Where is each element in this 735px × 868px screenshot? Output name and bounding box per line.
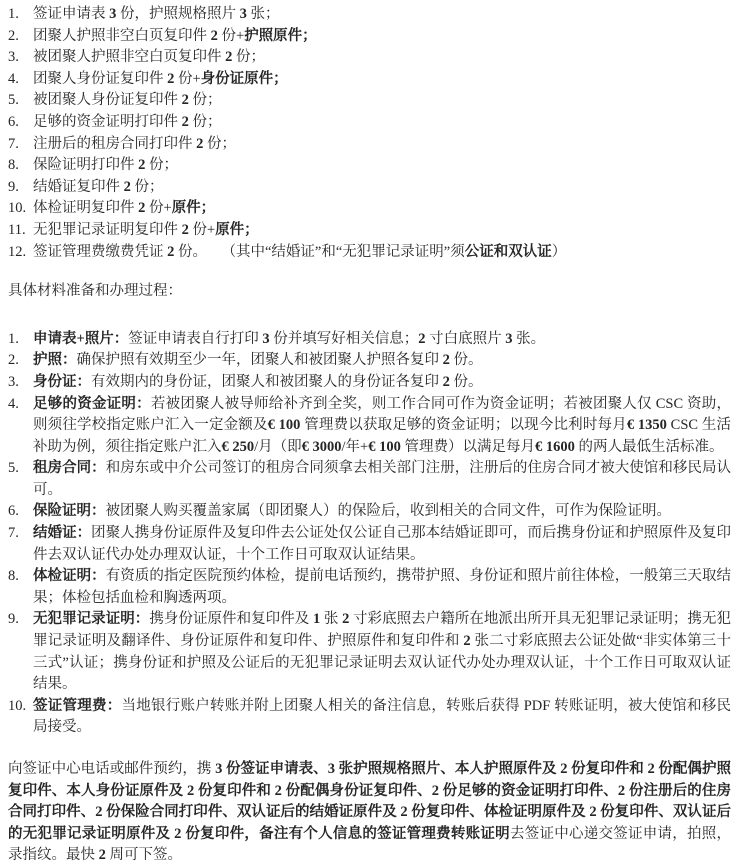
list-item-text: 体检证明：有资质的指定医院预约体检，提前电话预约，携带护照、身份证和照片前往体检… [33,566,731,609]
text-run: ） [552,244,567,260]
process-list: 1.申请表+照片：签证申请表自行打印 3 份并填写好相关信息；2 寸白底照片 3… [6,329,731,739]
list-item-text: 被团聚人护照非空白页复印件 2 份； [33,47,731,69]
list-item-number: 3. [6,372,33,394]
list-item-number: 2. [6,350,33,372]
text-run: 签证管理费缴费凭证 [33,244,167,260]
text-run: 团聚人护照非空白页复印件 [33,28,211,44]
text-run: 份。 [450,352,483,368]
list-item-text: 结婚证：团聚人携身份证原件及复印件去公证处仅公证自己那本结婚证即可，而后携身份证… [33,523,731,566]
list-item-text: 团聚人护照非空白页复印件 2 份+护照原件； [33,26,731,48]
list-item-number: 6. [6,501,33,523]
text-run: 签证申请表 [33,6,109,22]
bold-text-run: 2 [443,352,450,368]
list-item-text: 保险证明打印件 2 份； [33,155,731,177]
text-run: 携身份证原件和复印件及 [149,611,313,627]
list-item: 2.护照：确保护照有效期至少一年，团聚人和被团聚人护照各复印 2 份。 [6,350,731,372]
list-item-text: 身份证：有效期内的身份证，团聚人和被团聚人的身份证各复印 2 份。 [33,372,731,394]
bold-text-run: 租房合同： [33,460,106,476]
text-run: /月（即 [254,439,302,455]
materials-list: 1.签证申请表 3 份，护照规格照片 3 张；2.团聚人护照非空白页复印件 2 … [6,4,731,263]
list-item-number: 12. [6,242,33,264]
list-item-text: 护照：确保护照有效期至少一年，团聚人和被团聚人护照各复印 2 份。 [33,350,731,372]
text-run: 向签证中心电话或邮件预约，携 [8,761,215,777]
list-item-text: 保险证明：被团聚人购买覆盖家属（即团聚人）的保险后，收到相关的合同文件，可作为保… [33,501,731,523]
list-item: 5.租房合同：和房东或中介公司签订的租房合同须拿去相关部门注册，注册后的住房合同… [6,458,731,501]
text-run: /年+ [342,439,369,455]
list-item: 10.体检证明复印件 2 份+原件； [6,198,731,220]
list-item-text: 申请表+照片：签证申请表自行打印 3 份并填写好相关信息；2 寸白底照片 3 张… [33,329,731,351]
list-item-number: 8. [6,566,33,588]
text-run: 的两人最低生活标准。 [575,439,724,455]
text-run: 足够的资金证明打印件 [33,114,182,130]
list-item-number: 7. [6,134,33,156]
text-run: 周可下签。 [106,847,182,863]
list-item-number: 9. [6,609,33,631]
list-item: 3.身份证：有效期内的身份证，团聚人和被团聚人的身份证各复印 2 份。 [6,372,731,394]
text-run: 管理费以获取足够的资金证明；以现今比利时每月 [300,417,626,433]
bold-text-run: 2 [124,179,131,195]
bold-text-run: 无犯罪记录证明： [33,611,149,627]
text-run: 张； [247,6,280,22]
text-run: 管理费）以满足每月 [401,439,535,455]
list-item-number: 1. [6,329,33,351]
list-item-number: 5. [6,90,33,112]
list-item: 4.足够的资金证明：若被团聚人被导师给补齐到全奖，则工作合同可作为资金证明；若被… [6,394,731,459]
list-item: 11.无犯罪记录证明复印件 2 份+原件； [6,220,731,242]
list-item-number: 4. [6,394,33,416]
list-item: 6.足够的资金证明打印件 2 份； [6,112,731,134]
text-run: 有资质的指定医院预约体检，提前电话预约，携带护照、身份证和照片前往体检，一般第三… [33,568,731,606]
list-item-text: 签证管理费缴费凭证 2 份。 （其中“结婚证”和“无犯罪记录证明”须公证和双认证… [33,242,731,264]
text-run: 份； [189,114,222,130]
bold-text-run: 体检证明： [33,568,106,584]
text-run: 份。 [450,374,483,390]
document-page: 1.签证申请表 3 份，护照规格照片 3 张；2.团聚人护照非空白页复印件 2 … [0,0,735,867]
list-item-text: 注册后的租房合同打印件 2 份； [33,134,731,156]
bold-text-run: 护照原件； [244,28,317,44]
text-run: 份，护照规格照片 [116,6,239,22]
bold-text-run: 原件； [172,200,216,216]
bold-text-run: € 3000 [302,439,342,455]
list-item: 1.签证申请表 3 份，护照规格照片 3 张； [6,4,731,26]
list-item-number: 10. [6,198,33,220]
list-item-text: 租房合同：和房东或中介公司签订的租房合同须拿去相关部门注册，注册后的住房合同才被… [33,458,731,501]
bold-text-run: 2 [182,92,189,108]
list-item-number: 3. [6,47,33,69]
text-run: 份； [189,92,222,108]
list-item-number: 5. [6,458,33,480]
text-run: 被团聚人购买覆盖家属（即团聚人）的保险后，收到相关的合同文件，可作为保险证明。 [106,503,672,519]
list-item: 9.无犯罪记录证明：携身份证原件和复印件及 1 张 2 寸彩底照去户籍所在地派出… [6,609,731,695]
list-item: 4.团聚人身份证复印件 2 份+身份证原件； [6,69,731,91]
text-run: 体检证明复印件 [33,200,138,216]
text-run: 有效期内的身份证，团聚人和被团聚人的身份证各复印 [91,374,443,390]
list-item: 7.注册后的租房合同打印件 2 份； [6,134,731,156]
bold-text-run: € 100 [268,417,301,433]
text-run: 张 [320,611,342,627]
list-item-text: 体检证明复印件 2 份+原件； [33,198,731,220]
bold-text-run: 结婚证： [33,525,91,541]
text-run: 份+ [218,28,244,44]
text-run: 份； [203,136,236,152]
bold-text-run: 护照： [33,352,77,368]
list-item-text: 无犯罪记录证明复印件 2 份+原件； [33,220,731,242]
closing-paragraph: 向签证中心电话或邮件预约，携 3 份签证申请表、3 张护照规格照片、本人护照原件… [6,759,731,867]
bold-text-run: 原件； [215,222,259,238]
text-run: 被团聚人身份证复印件 [33,92,182,108]
bold-text-run: € 250 [222,439,255,455]
list-item-text: 无犯罪记录证明：携身份证原件和复印件及 1 张 2 寸彩底照去户籍所在地派出所开… [33,609,731,695]
list-item-number: 8. [6,155,33,177]
bold-text-run: 2 [211,28,218,44]
text-run: 份+ [145,200,171,216]
text-run: 团聚人携身份证原件及复印件去公证处仅公证自己那本结婚证即可，而后携身份证和护照原… [33,525,731,563]
bold-text-run: 公证和双认证 [465,244,552,260]
list-item-text: 签证管理费：当地银行账户转账并附上团聚人相关的备注信息，转账后获得 PDF 转账… [33,696,731,739]
text-run: 被团聚人护照非空白页复印件 [33,49,225,65]
bold-text-run: € 1600 [535,439,575,455]
list-item-number: 10. [6,696,33,718]
text-run: 份+ [189,222,215,238]
list-item-number: 6. [6,112,33,134]
list-item-text: 签证申请表 3 份，护照规格照片 3 张； [33,4,731,26]
list-item-text: 被团聚人身份证复印件 2 份； [33,90,731,112]
list-item-text: 足够的资金证明：若被团聚人被导师给补齐到全奖，则工作合同可作为资金证明；若被团聚… [33,394,731,459]
bold-text-run: 3 [262,331,269,347]
bold-text-run: 3 [505,331,512,347]
list-item-text: 结婚证复印件 2 份； [33,177,731,199]
list-item: 1.申请表+照片：签证申请表自行打印 3 份并填写好相关信息；2 寸白底照片 3… [6,329,731,351]
text-run: 份； [145,157,178,173]
bold-text-run: 2 [99,847,106,863]
bold-text-run: 保险证明： [33,503,106,519]
text-run: 张。 [513,331,546,347]
bold-text-run: 2 [182,222,189,238]
text-run: 份+ [174,71,200,87]
text-run: 保险证明打印件 [33,157,138,173]
text-run: 结婚证复印件 [33,179,124,195]
bold-text-run: € 100 [368,439,401,455]
list-item-number: 2. [6,26,33,48]
text-run: 无犯罪记录证明复印件 [33,222,182,238]
bold-text-run: 2 [418,331,425,347]
list-item: 6.保险证明：被团聚人购买覆盖家属（即团聚人）的保险后，收到相关的合同文件，可作… [6,501,731,523]
bold-text-run: 3 [240,6,247,22]
list-item: 2.团聚人护照非空白页复印件 2 份+护照原件； [6,26,731,48]
text-run: 和房东或中介公司签订的租房合同须拿去相关部门注册，注册后的住房合同才被大使馆和移… [33,460,731,498]
bold-text-run: 2 [463,633,470,649]
text-run: （其中“结婚证”和“无犯罪记录证明”须 [200,244,465,260]
list-item: 10.签证管理费：当地银行账户转账并附上团聚人相关的备注信息，转账后获得 PDF… [6,696,731,739]
list-item-number: 9. [6,177,33,199]
text-run: 寸白底照片 [426,331,506,347]
text-run: 团聚人身份证复印件 [33,71,167,87]
bold-text-run: 签证管理费： [33,698,122,714]
list-item-number: 11. [6,220,33,242]
bold-text-run: 申请表+照片： [33,331,128,347]
bold-text-run: 2 [182,114,189,130]
bold-text-run: 足够的资金证明： [33,396,151,412]
list-item-text: 足够的资金证明打印件 2 份； [33,112,731,134]
bold-text-run: 身份证： [33,374,91,390]
list-item: 9.结婚证复印件 2 份； [6,177,731,199]
list-item-number: 4. [6,69,33,91]
list-item: 3.被团聚人护照非空白页复印件 2 份； [6,47,731,69]
list-item: 12.签证管理费缴费凭证 2 份。 （其中“结婚证”和“无犯罪记录证明”须公证和… [6,242,731,264]
list-item: 8.体检证明：有资质的指定医院预约体检，提前电话预约，携带护照、身份证和照片前往… [6,566,731,609]
text-run: 份。 [174,244,199,260]
text-run: 份并填写好相关信息； [270,331,419,347]
bold-text-run: 2 [443,374,450,390]
list-item: 8.保险证明打印件 2 份； [6,155,731,177]
list-item-text: 团聚人身份证复印件 2 份+身份证原件； [33,69,731,91]
text-run: 当地银行账户转账并附上团聚人相关的备注信息，转账后获得 PDF 转账证明，被大使… [33,698,731,736]
bold-text-run: 身份证原件； [201,71,288,87]
bold-text-run: € 1350 [627,417,667,433]
text-run: 签证申请表自行打印 [128,331,262,347]
text-run: 份； [131,179,164,195]
list-item: 7.结婚证：团聚人携身份证原件及复印件去公证处仅公证自己那本结婚证即可，而后携身… [6,523,731,566]
text-run: 份； [232,49,265,65]
list-item-number: 7. [6,523,33,545]
list-item: 5.被团聚人身份证复印件 2 份； [6,90,731,112]
list-item-number: 1. [6,4,33,26]
text-run: 注册后的租房合同打印件 [33,136,196,152]
text-run: 确保护照有效期至少一年，团聚人和被团聚人护照各复印 [77,352,443,368]
section-heading: 具体材料准备和办理过程： [6,281,731,303]
